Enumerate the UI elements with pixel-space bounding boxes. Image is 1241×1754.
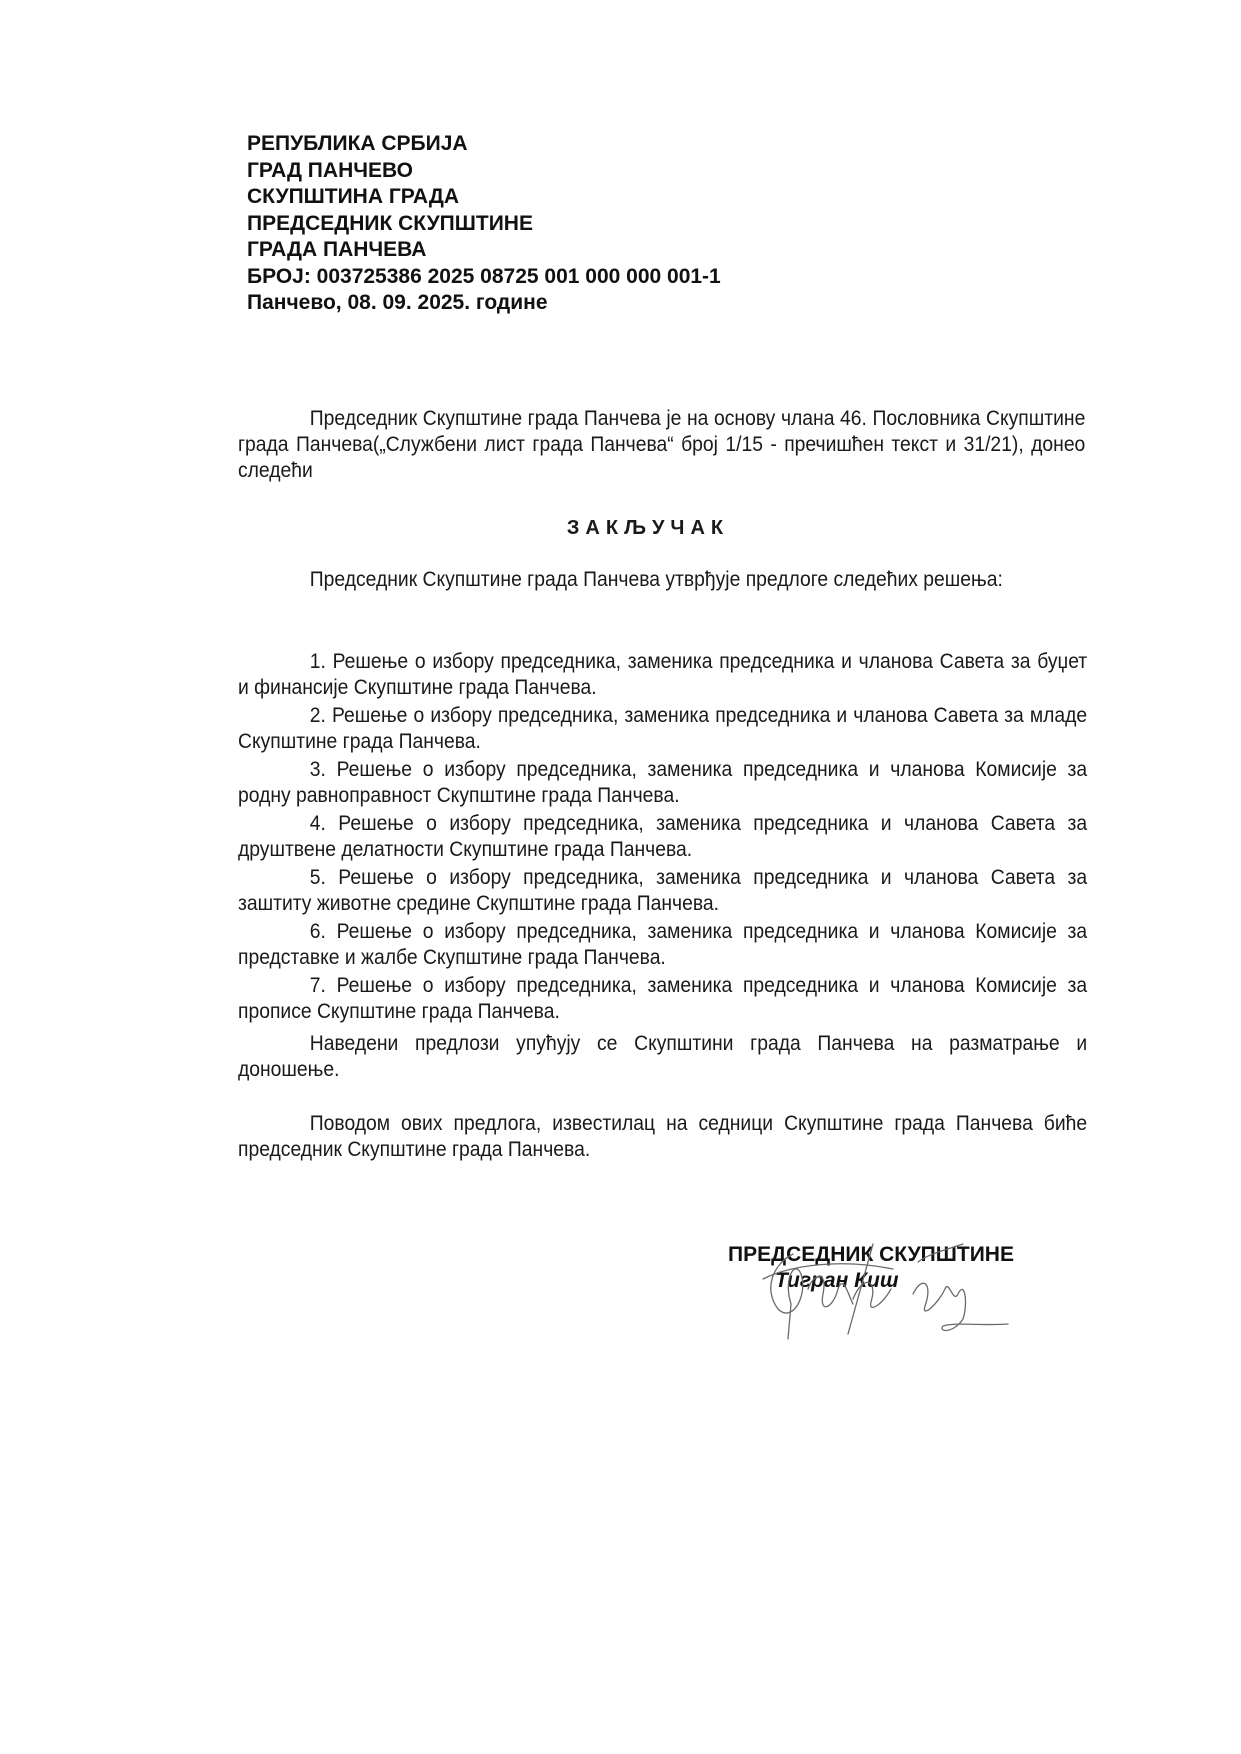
list-item: 6. Решење о избору председника, заменика… <box>238 919 1087 971</box>
rapporteur-text: Поводом ових предлога, известилац на сед… <box>238 1111 1087 1163</box>
document-header: РЕПУБЛИКА СРБИЈА ГРАД ПАНЧЕВО СКУПШТИНА … <box>247 131 721 317</box>
signature-title: ПРЕДСЕДНИК СКУПШТИНЕ <box>728 1242 1048 1268</box>
header-date: Панчево, 08. 09. 2025. године <box>247 290 721 317</box>
referral-text: Наведени предлози упућују се Скупштини г… <box>238 1031 1087 1083</box>
intro-paragraph: Председник Скупштине града Панчева је на… <box>238 406 1085 484</box>
list-item: 2. Решење о избору председника, заменика… <box>238 703 1087 755</box>
decisions-list: 1. Решење о избору председника, заменика… <box>238 649 1087 1027</box>
list-item: 4. Решење о избору председника, заменика… <box>238 811 1087 863</box>
header-country: РЕПУБЛИКА СРБИЈА <box>247 131 721 158</box>
signature-name: Тигран Киш <box>728 1268 1048 1294</box>
list-item: 1. Решење о избору председника, заменика… <box>238 649 1087 701</box>
referral-paragraph: Наведени предлози упућују се Скупштини г… <box>238 1031 1087 1083</box>
document-page: РЕПУБЛИКА СРБИЈА ГРАД ПАНЧЕВО СКУПШТИНА … <box>0 0 1241 1754</box>
list-item: 5. Решење о избору председника, заменика… <box>238 865 1087 917</box>
signature-block: ПРЕДСЕДНИК СКУПШТИНЕ Тигран Киш <box>728 1242 1048 1294</box>
list-item: 7. Решење о избору председника, заменика… <box>238 973 1087 1025</box>
rapporteur-paragraph: Поводом ових предлога, известилац на сед… <box>238 1111 1087 1163</box>
lead-text: Председник Скупштине града Панчева утврђ… <box>238 567 1087 593</box>
header-city: ГРАД ПАНЧЕВО <box>247 158 721 185</box>
intro-text: Председник Скупштине града Панчева је на… <box>238 406 1085 484</box>
list-item: 3. Решење о избору председника, заменика… <box>238 757 1087 809</box>
document-title: ЗАКЉУЧАК <box>0 517 1241 540</box>
header-assembly: СКУПШТИНА ГРАДА <box>247 184 721 211</box>
lead-paragraph: Председник Скупштине града Панчева утврђ… <box>238 567 1087 593</box>
header-office-city: ГРАДА ПАНЧЕВА <box>247 237 721 264</box>
header-office: ПРЕДСЕДНИК СКУПШТИНЕ <box>247 211 721 238</box>
header-number: БРОЈ: 003725386 2025 08725 001 000 000 0… <box>247 264 721 291</box>
